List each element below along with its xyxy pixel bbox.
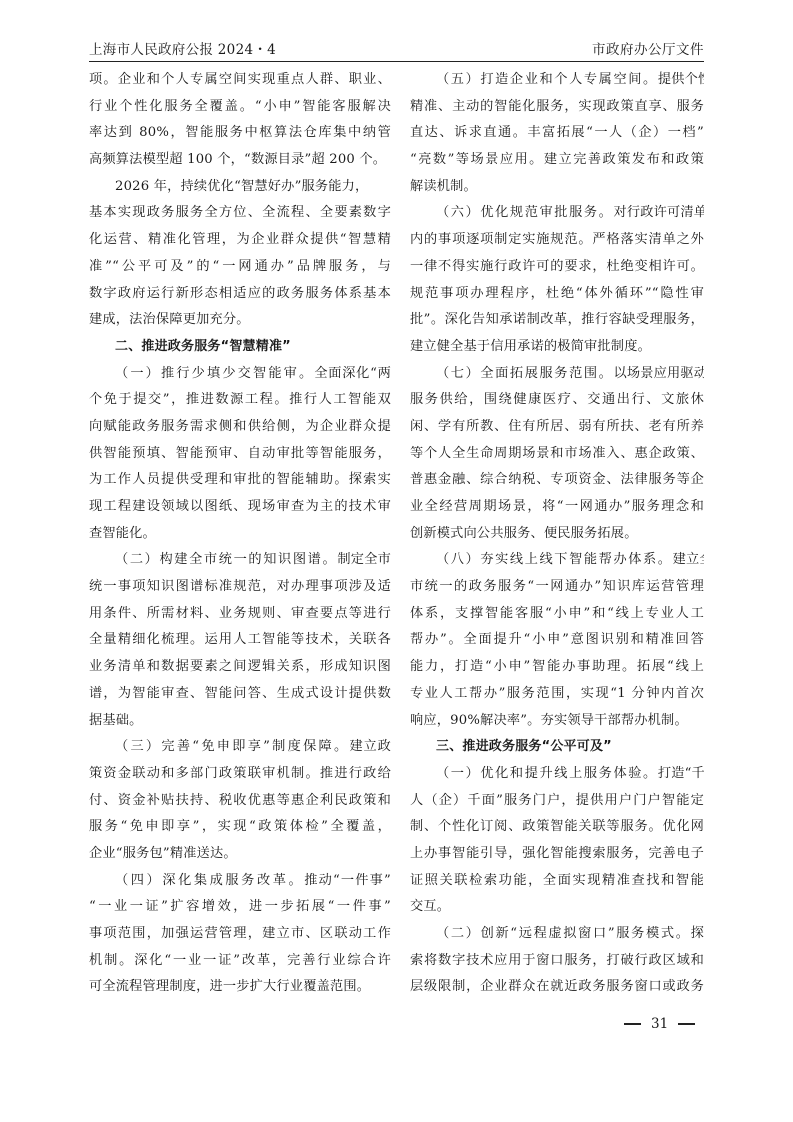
- line-text: 一律不得实施行政许可的要求，杜绝变相许可。: [410, 259, 704, 274]
- line-text: 建成，法治保障更加充分。: [89, 312, 250, 327]
- paragraph-line: 创新模式向公共服务、便民服务拓展。: [410, 521, 704, 548]
- subsection-title: （一）推行少填少交智能审。: [115, 366, 314, 381]
- paragraph-line: 服务“免申即享”，实现“政策体检”全覆盖，: [89, 814, 391, 841]
- paragraph-line: 化运营、精准化管理，为企业群众提供“智慧精: [89, 227, 391, 254]
- header-rule: [89, 61, 704, 62]
- line-text: 谱，为智能审查、智能问答、生成式设计提供数: [89, 686, 391, 701]
- section-heading: 二、推进政务服务“智慧精准”: [89, 334, 391, 361]
- paragraph-line: 机制。深化“一业一证”改革，完善行业综合许: [89, 948, 391, 975]
- paragraph-line: 人（企）千面”服务门户，提供用户门户智能定: [410, 788, 704, 815]
- paragraph-line: 事项范围，加强运营管理，建立市、区联动工作: [89, 921, 391, 948]
- section-title: 市政府办公厅文件: [592, 38, 704, 58]
- paragraph-line: 批”。深化告知承诺制改革，推行容缺受理服务，: [410, 307, 704, 334]
- paragraph-line: “亮数”等场景应用。建立完善政策发布和政策: [410, 147, 704, 174]
- paragraph-line: 索将数字技术应用于窗口服务，打破行政区域和: [410, 948, 704, 975]
- line-text: 等个人全生命周期场景和市场准入、惠企政策、: [410, 446, 704, 461]
- paragraph-line: 业全经营周期场景，将“一网通办”服务理念和: [410, 494, 704, 521]
- line-text: 准”“公平可及”的“一网通办”品牌服务，与: [89, 259, 391, 274]
- paragraph-line: 策资金联动和多部门政策联审机制。推进行政给: [89, 761, 391, 788]
- line-text: 证照关联检索功能，全面实现精准查找和智能: [410, 873, 704, 888]
- line-text: 专业人工帮办”服务范围，实现“1 分钟内首次: [410, 686, 704, 701]
- paragraph-line: 响应，90%解决率”。夯实领导干部帮办机制。: [410, 708, 704, 735]
- paragraph-line: 帮办”。全面提升“小申”意图识别和精准回答: [410, 627, 704, 654]
- line-text: 服务供给，围绕健康医疗、交通出行、文旅休: [410, 392, 704, 407]
- paragraph-line: 证照关联检索功能，全面实现精准查找和智能: [410, 868, 704, 895]
- line-text: 制、个性化订阅、政策智能关联等服务。优化网: [410, 819, 704, 834]
- paragraph-line: 普惠金融、综合纳税、专项资金、法律服务等企: [410, 467, 704, 494]
- paragraph-line: 项。企业和个人专属空间实现重点人群、职业、: [89, 67, 391, 94]
- subsection-line: （二）构建全市统一的知识图谱。制定全市: [89, 547, 391, 574]
- line-text: 推动“一件事”: [304, 873, 391, 888]
- paragraph-line: 业务清单和数据要素之间逻辑关系，形成知识图: [89, 654, 391, 681]
- line-text: 帮办”。全面提升“小申”意图识别和精准回答: [410, 632, 704, 647]
- line-text: 用条件、所需材料、业务规则、审查要点等进行: [89, 606, 391, 621]
- paragraph-line: 统一事项知识图谱标准规范，对办理事项涉及适: [89, 574, 391, 601]
- line-text: 打造“千: [658, 766, 704, 781]
- line-text: 率达到 80%，智能服务中枢算法仓库集中纳管: [89, 125, 391, 140]
- right-column: （五）打造企业和个人专属空间。提供个性、精准、主动的智能化服务，实现政策直享、服…: [410, 67, 704, 1001]
- paragraph-line: 制、个性化订阅、政策智能关联等服务。优化网: [410, 814, 704, 841]
- paragraph-line: 行业个性化服务全覆盖。“小申”智能客服解决: [89, 94, 391, 121]
- paragraph-line: 市统一的政务服务“一网通办”知识库运营管理: [410, 574, 704, 601]
- subsection-line: （二）创新“远程虚拟窗口”服务模式。探: [410, 921, 704, 948]
- line-text: 全面深化“两: [314, 366, 391, 381]
- paragraph-line: 为工作人员提供受理和审批的智能辅助。探索实: [89, 467, 391, 494]
- line-text: 化运营、精准化管理，为企业群众提供“智慧精: [89, 232, 391, 247]
- line-text: 批”。深化告知承诺制改革，推行容缺受理服务，: [410, 312, 704, 327]
- paragraph-line: 谱，为智能审查、智能问答、生成式设计提供数: [89, 681, 391, 708]
- line-text: 全量精细化梳理。运用人工智能等技术，关联各: [89, 632, 391, 647]
- paragraph-line: 一律不得实施行政许可的要求，杜绝变相许可。: [410, 254, 704, 281]
- line-text: 建立政: [349, 739, 391, 754]
- line-text: 对行政许可清单: [613, 205, 704, 220]
- paragraph-line: 直达、诉求直通。丰富拓展“一人（企）一档”: [410, 120, 704, 147]
- paragraph-line: 上办事智能引导，强化智能搜索服务，完善电子: [410, 841, 704, 868]
- line-text: 可全流程管理制度，进一步扩大行业覆盖范围。: [89, 979, 370, 994]
- paragraph-line: 精准、主动的智能化服务，实现政策直享、服务: [410, 94, 704, 121]
- line-text: 查智能化。: [89, 526, 156, 541]
- line-text: 事项范围，加强运营管理，建立市、区联动工作: [89, 926, 391, 941]
- subsection-title: （一）优化和提升线上服务体验。: [436, 766, 658, 781]
- line-text: 制定全市: [337, 552, 391, 567]
- line-text: 精准、主动的智能化服务，实现政策直享、服务: [410, 99, 704, 114]
- line-text: 服务“免申即享”，实现“政策体检”全覆盖，: [89, 819, 391, 834]
- line-text: 个免于提交”，推进数源工程。推行人工智能双: [89, 392, 391, 407]
- paragraph-line: 层级限制，企业群众在就近政务服务窗口或政务: [410, 974, 704, 1001]
- paragraph-line: 解读机制。: [410, 174, 704, 201]
- paragraph-line: 全量精细化梳理。运用人工智能等技术，关联各: [89, 627, 391, 654]
- paragraph-line: 内的事项逐项制定实施规范。严格落实清单之外: [410, 227, 704, 254]
- line-text: 高频算法模型超 100 个，“数源目录”超 200 个。: [89, 152, 386, 167]
- line-text: 二、推进政务服务“智慧精准”: [115, 339, 291, 354]
- line-text: 解读机制。: [410, 179, 477, 194]
- paragraph-line: 建立健全基于信用承诺的极简审批制度。: [410, 334, 704, 361]
- page-number: 31: [651, 1016, 668, 1032]
- paragraph-line: 2026 年，持续优化“智慧好办”服务能力，: [89, 174, 391, 201]
- line-text: 供智能预填、智能预审、自动审批等智能服务，: [89, 446, 391, 461]
- subsection-line: （四）深化集成服务改革。推动“一件事”: [89, 868, 391, 895]
- line-text: 响应，90%解决率”。夯实领导干部帮办机制。: [410, 713, 688, 728]
- line-text: 层级限制，企业群众在就近政务服务窗口或政务: [410, 979, 704, 994]
- subsection-line: （五）打造企业和个人专属空间。提供个性、: [410, 67, 704, 94]
- paragraph-line: 交互。: [410, 894, 704, 921]
- paragraph-line: 准”“公平可及”的“一网通办”品牌服务，与: [89, 254, 391, 281]
- line-text: 为工作人员提供受理和审批的智能辅助。探索实: [89, 472, 391, 487]
- line-text: 普惠金融、综合纳税、专项资金、法律服务等企: [410, 472, 704, 487]
- subsection-title: （二）创新“远程虚拟窗口”服务模式。: [436, 926, 691, 941]
- paragraph-line: 专业人工帮办”服务范围，实现“1 分钟内首次: [410, 681, 704, 708]
- line-text: 人（企）千面”服务门户，提供用户门户智能定: [410, 793, 704, 808]
- subsection-title: （三）完善“免申即享”制度保障。: [115, 739, 349, 754]
- paragraph-line: “一业一证”扩容增效，进一步拓展“一件事”: [89, 894, 391, 921]
- subsection-line: （一）推行少填少交智能审。全面深化“两: [89, 361, 391, 388]
- paragraph-line: 建成，法治保障更加充分。: [89, 307, 391, 334]
- subsection-title: （八）夯实线上线下智能帮办体系。: [436, 552, 673, 567]
- line-text: 体系，支撑智能客服“小申”和“线上专业人工: [410, 606, 704, 621]
- paragraph-line: 个免于提交”，推进数源工程。推行人工智能双: [89, 387, 391, 414]
- running-header: 上海市人民政府公报 2024・4 市政府办公厅文件: [89, 38, 704, 62]
- paragraph-line: 闲、学有所教、住有所居、弱有所扶、老有所养: [410, 414, 704, 441]
- paragraph-line: 服务供给，围绕健康医疗、交通出行、文旅休: [410, 387, 704, 414]
- subsection-title: （五）打造企业和个人专属空间。: [436, 72, 658, 87]
- paragraph-line: 现工程建设领域以图纸、现场审查为主的技术审: [89, 494, 391, 521]
- line-text: 付、资金补贴扶持、税收优惠等惠企利民政策和: [89, 793, 391, 808]
- line-text: “亮数”等场景应用。建立完善政策发布和政策: [410, 152, 704, 167]
- paragraph-line: 供智能预填、智能预审、自动审批等智能服务，: [89, 441, 391, 468]
- publication-title: 上海市人民政府公报 2024・4: [89, 38, 276, 58]
- subsection-title: （四）深化集成服务改革。: [115, 873, 304, 888]
- line-text: 2026 年，持续优化“智慧好办”服务能力，: [115, 179, 368, 194]
- line-text: 闲、学有所教、住有所居、弱有所扶、老有所养: [410, 419, 704, 434]
- subsection-title: （二）构建全市统一的知识图谱。: [115, 552, 337, 567]
- line-text: 策资金联动和多部门政策联审机制。推进行政给: [89, 766, 391, 781]
- line-text: 上办事智能引导，强化智能搜索服务，完善电子: [410, 846, 704, 861]
- line-text: 提供个性、: [658, 72, 704, 87]
- line-text: 现工程建设领域以图纸、现场审查为主的技术审: [89, 499, 391, 514]
- line-text: 企业“服务包”精准送达。: [89, 846, 237, 861]
- line-text: 机制。深化“一业一证”改革，完善行业综合许: [89, 953, 391, 968]
- line-text: 以场景应用驱动: [613, 366, 704, 381]
- dash-right: [678, 1023, 695, 1025]
- paragraph-line: 基本实现政务服务全方位、全流程、全要素数字: [89, 200, 391, 227]
- left-column: 项。企业和个人专属空间实现重点人群、职业、行业个性化服务全覆盖。“小申”智能客服…: [89, 67, 391, 1001]
- paragraph-line: 付、资金补贴扶持、税收优惠等惠企利民政策和: [89, 788, 391, 815]
- paragraph-line: 向赋能政务服务需求侧和供给侧，为企业群众提: [89, 414, 391, 441]
- line-text: 交互。: [410, 899, 450, 914]
- paragraph-line: 企业“服务包”精准送达。: [89, 841, 391, 868]
- line-text: 建立健全基于信用承诺的极简审批制度。: [410, 339, 651, 354]
- line-text: 能力，打造“小申”智能办事助理。拓展“线上: [410, 659, 704, 674]
- line-text: 建立全: [673, 552, 704, 567]
- subsection-title: （六）优化规范审批服务。: [436, 205, 613, 220]
- paragraph-line: 可全流程管理制度，进一步扩大行业覆盖范围。: [89, 974, 391, 1001]
- subsection-line: （八）夯实线上线下智能帮办体系。建立全: [410, 547, 704, 574]
- line-text: 据基础。: [89, 713, 143, 728]
- subsection-line: （一）优化和提升线上服务体验。打造“千: [410, 761, 704, 788]
- line-text: 统一事项知识图谱标准规范，对办理事项涉及适: [89, 579, 391, 594]
- line-text: 数字政府运行新形态相适应的政务服务体系基本: [89, 286, 391, 301]
- subsection-line: （六）优化规范审批服务。对行政许可清单: [410, 200, 704, 227]
- line-text: 规范事项办理程序，杜绝“体外循环”“隐性审: [410, 286, 704, 301]
- line-text: 项。企业和个人专属空间实现重点人群、职业、: [89, 72, 391, 87]
- line-text: 行业个性化服务全覆盖。“小申”智能客服解决: [89, 99, 391, 114]
- line-text: 探: [691, 926, 704, 941]
- paragraph-line: 率达到 80%，智能服务中枢算法仓库集中纳管: [89, 120, 391, 147]
- line-text: 业务清单和数据要素之间逻辑关系，形成知识图: [89, 659, 391, 674]
- line-text: 创新模式向公共服务、便民服务拓展。: [410, 526, 638, 541]
- paragraph-line: 用条件、所需材料、业务规则、审查要点等进行: [89, 601, 391, 628]
- paragraph-line: 能力，打造“小申”智能办事助理。拓展“线上: [410, 654, 704, 681]
- line-text: 向赋能政务服务需求侧和供给侧，为企业群众提: [89, 419, 391, 434]
- paragraph-line: 据基础。: [89, 708, 391, 735]
- line-text: 内的事项逐项制定实施规范。严格落实清单之外: [410, 232, 704, 247]
- paragraph-line: 等个人全生命周期场景和市场准入、惠企政策、: [410, 441, 704, 468]
- line-text: 业全经营周期场景，将“一网通办”服务理念和: [410, 499, 704, 514]
- line-text: 市统一的政务服务“一网通办”知识库运营管理: [410, 579, 704, 594]
- line-text: 直达、诉求直通。丰富拓展“一人（企）一档”: [410, 125, 704, 140]
- dash-left: [624, 1023, 641, 1025]
- paragraph-line: 数字政府运行新形态相适应的政务服务体系基本: [89, 281, 391, 308]
- line-text: 索将数字技术应用于窗口服务，打破行政区域和: [410, 953, 704, 968]
- subsection-line: （七）全面拓展服务范围。以场景应用驱动: [410, 361, 704, 388]
- subsection-title: （七）全面拓展服务范围。: [436, 366, 613, 381]
- line-text: 基本实现政务服务全方位、全流程、全要素数字: [89, 205, 391, 220]
- line-text: 三、推进政务服务“公平可及”: [436, 739, 612, 754]
- page-footer: 31: [624, 1016, 695, 1032]
- section-heading: 三、推进政务服务“公平可及”: [410, 734, 704, 761]
- line-text: “一业一证”扩容增效，进一步拓展“一件事”: [89, 899, 391, 914]
- subsection-line: （三）完善“免申即享”制度保障。建立政: [89, 734, 391, 761]
- paragraph-line: 体系，支撑智能客服“小申”和“线上专业人工: [410, 601, 704, 628]
- paragraph-line: 高频算法模型超 100 个，“数源目录”超 200 个。: [89, 147, 391, 174]
- paragraph-line: 查智能化。: [89, 521, 391, 548]
- paragraph-line: 规范事项办理程序，杜绝“体外循环”“隐性审: [410, 281, 704, 308]
